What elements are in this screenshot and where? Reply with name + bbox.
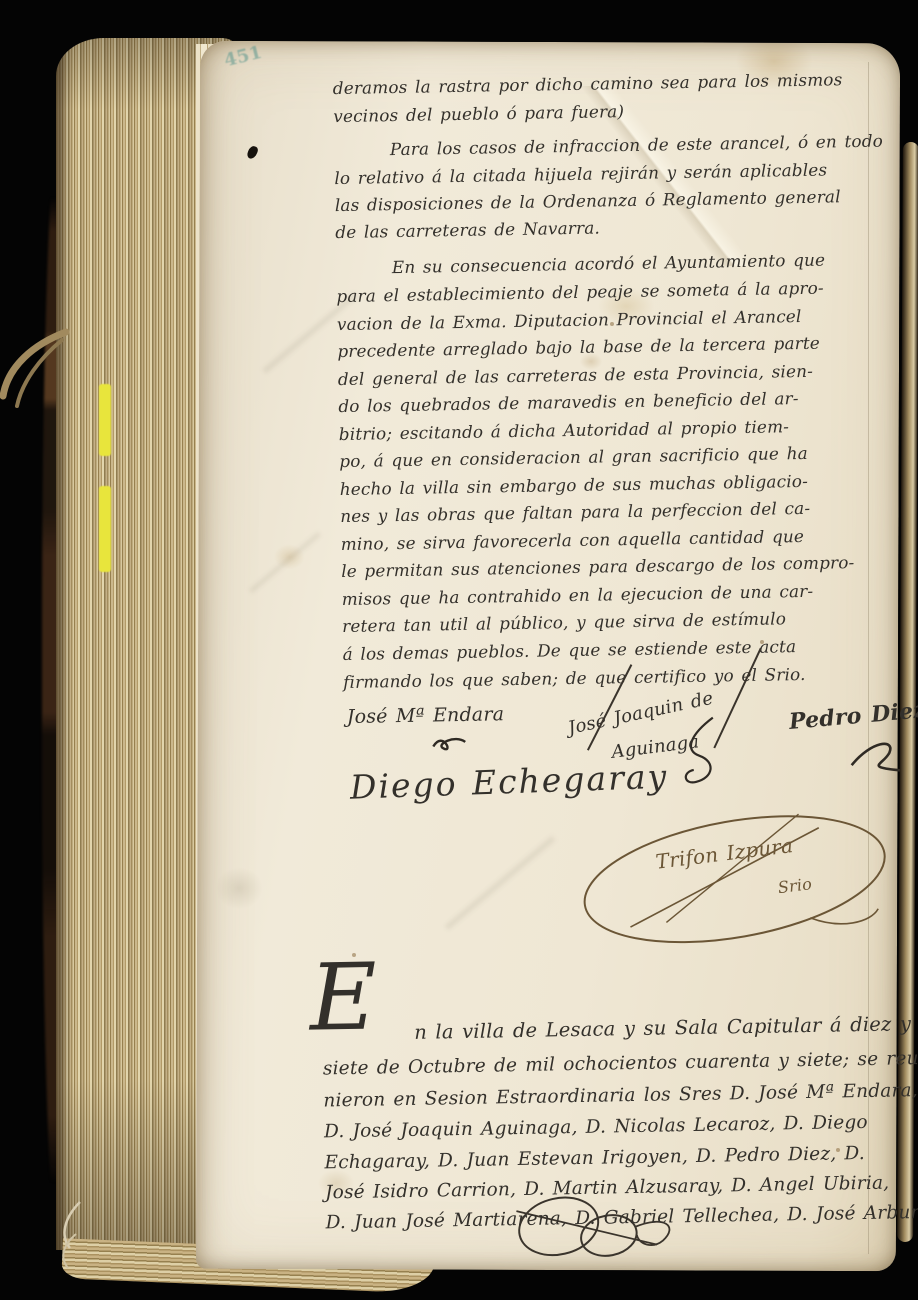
manuscript-line: á los demas pueblos. De que se estiende …	[342, 636, 796, 664]
signature-pedro-diez: Pedro Diez	[788, 697, 918, 735]
manuscript-line: hecho la villa sin embargo de sus muchas…	[340, 471, 809, 499]
manuscript-line: nieron en Sesion Estraordinaria los Sres…	[323, 1080, 918, 1111]
manuscript-line: bitrio; escitando á dicha Autoridad al p…	[339, 416, 790, 444]
manuscript-line: vacion de la Exma. Diputacion Provincial…	[337, 306, 802, 334]
manuscript-line: mino, se sirva favorecerla con aquella c…	[341, 526, 805, 554]
manuscript-line: le permitan sus atenciones para descargo…	[341, 552, 855, 581]
manuscript-line: para el establecimiento del peaje se som…	[336, 278, 824, 307]
endara-rubric	[429, 728, 471, 757]
manuscript-line: do los quebrados de maravedis en benefic…	[338, 388, 799, 416]
manuscript-line: del general de las carreteras de esta Pr…	[338, 361, 813, 389]
manuscript-line: Para los casos de infraccion de este ara…	[390, 131, 883, 160]
illuminated-initial: E	[309, 951, 378, 1044]
manuscript-line: precedente arreglado bajo la base de la …	[337, 333, 820, 361]
flourish-stroke	[713, 648, 761, 749]
manuscript-line: misos que ha contrahido en la ejecucion …	[342, 581, 814, 609]
manuscript-line: siete de Octubre de mil ochocientos cuar…	[323, 1048, 918, 1080]
manuscript-line: firmando los que saben; de que certifico…	[343, 664, 806, 692]
manuscript-line: deramos la rastra por dicho camino sea p…	[333, 69, 843, 98]
signature-jose-endara: José Mª Endara	[347, 703, 505, 728]
manuscript-line: n la villa de Lesaca y su Sala Capitular…	[414, 1012, 911, 1044]
secretary-oval-flourish	[568, 796, 907, 960]
manuscript-line: D. José Joaquin Aguinaga, D. Nicolas Lec…	[324, 1112, 868, 1142]
manuscript-line: nes y las obras que faltan para la perfe…	[340, 498, 810, 526]
signature-diego-echegaray: Diego Echegaray	[349, 757, 668, 807]
manuscript-line: las disposiciones de la Ordenanza ó Regl…	[335, 186, 841, 215]
manuscript-line: po, á que en consideracion al gran sacri…	[339, 443, 808, 471]
handwriting-layer: deramos la rastra por dicho camino sea p…	[0, 0, 918, 1300]
manuscript-line: vecinos del pueblo ó para fuera)	[333, 101, 624, 126]
manuscript-line: retera tan util al público, y que sirva …	[342, 608, 786, 636]
manuscript-scan: 451 deramos la rastra por dicho camino s…	[0, 0, 918, 1300]
manuscript-line: lo relativo á la citada hijuela rejirán …	[334, 160, 827, 189]
manuscript-line: En su consecuencia acordó el Ayuntamient…	[392, 250, 826, 278]
manuscript-line: de las carreteras de Navarra.	[335, 217, 600, 242]
manuscript-line: Echagaray, D. Juan Estevan Irigoyen, D. …	[324, 1143, 865, 1173]
pedro-diez-rubric	[845, 730, 906, 777]
